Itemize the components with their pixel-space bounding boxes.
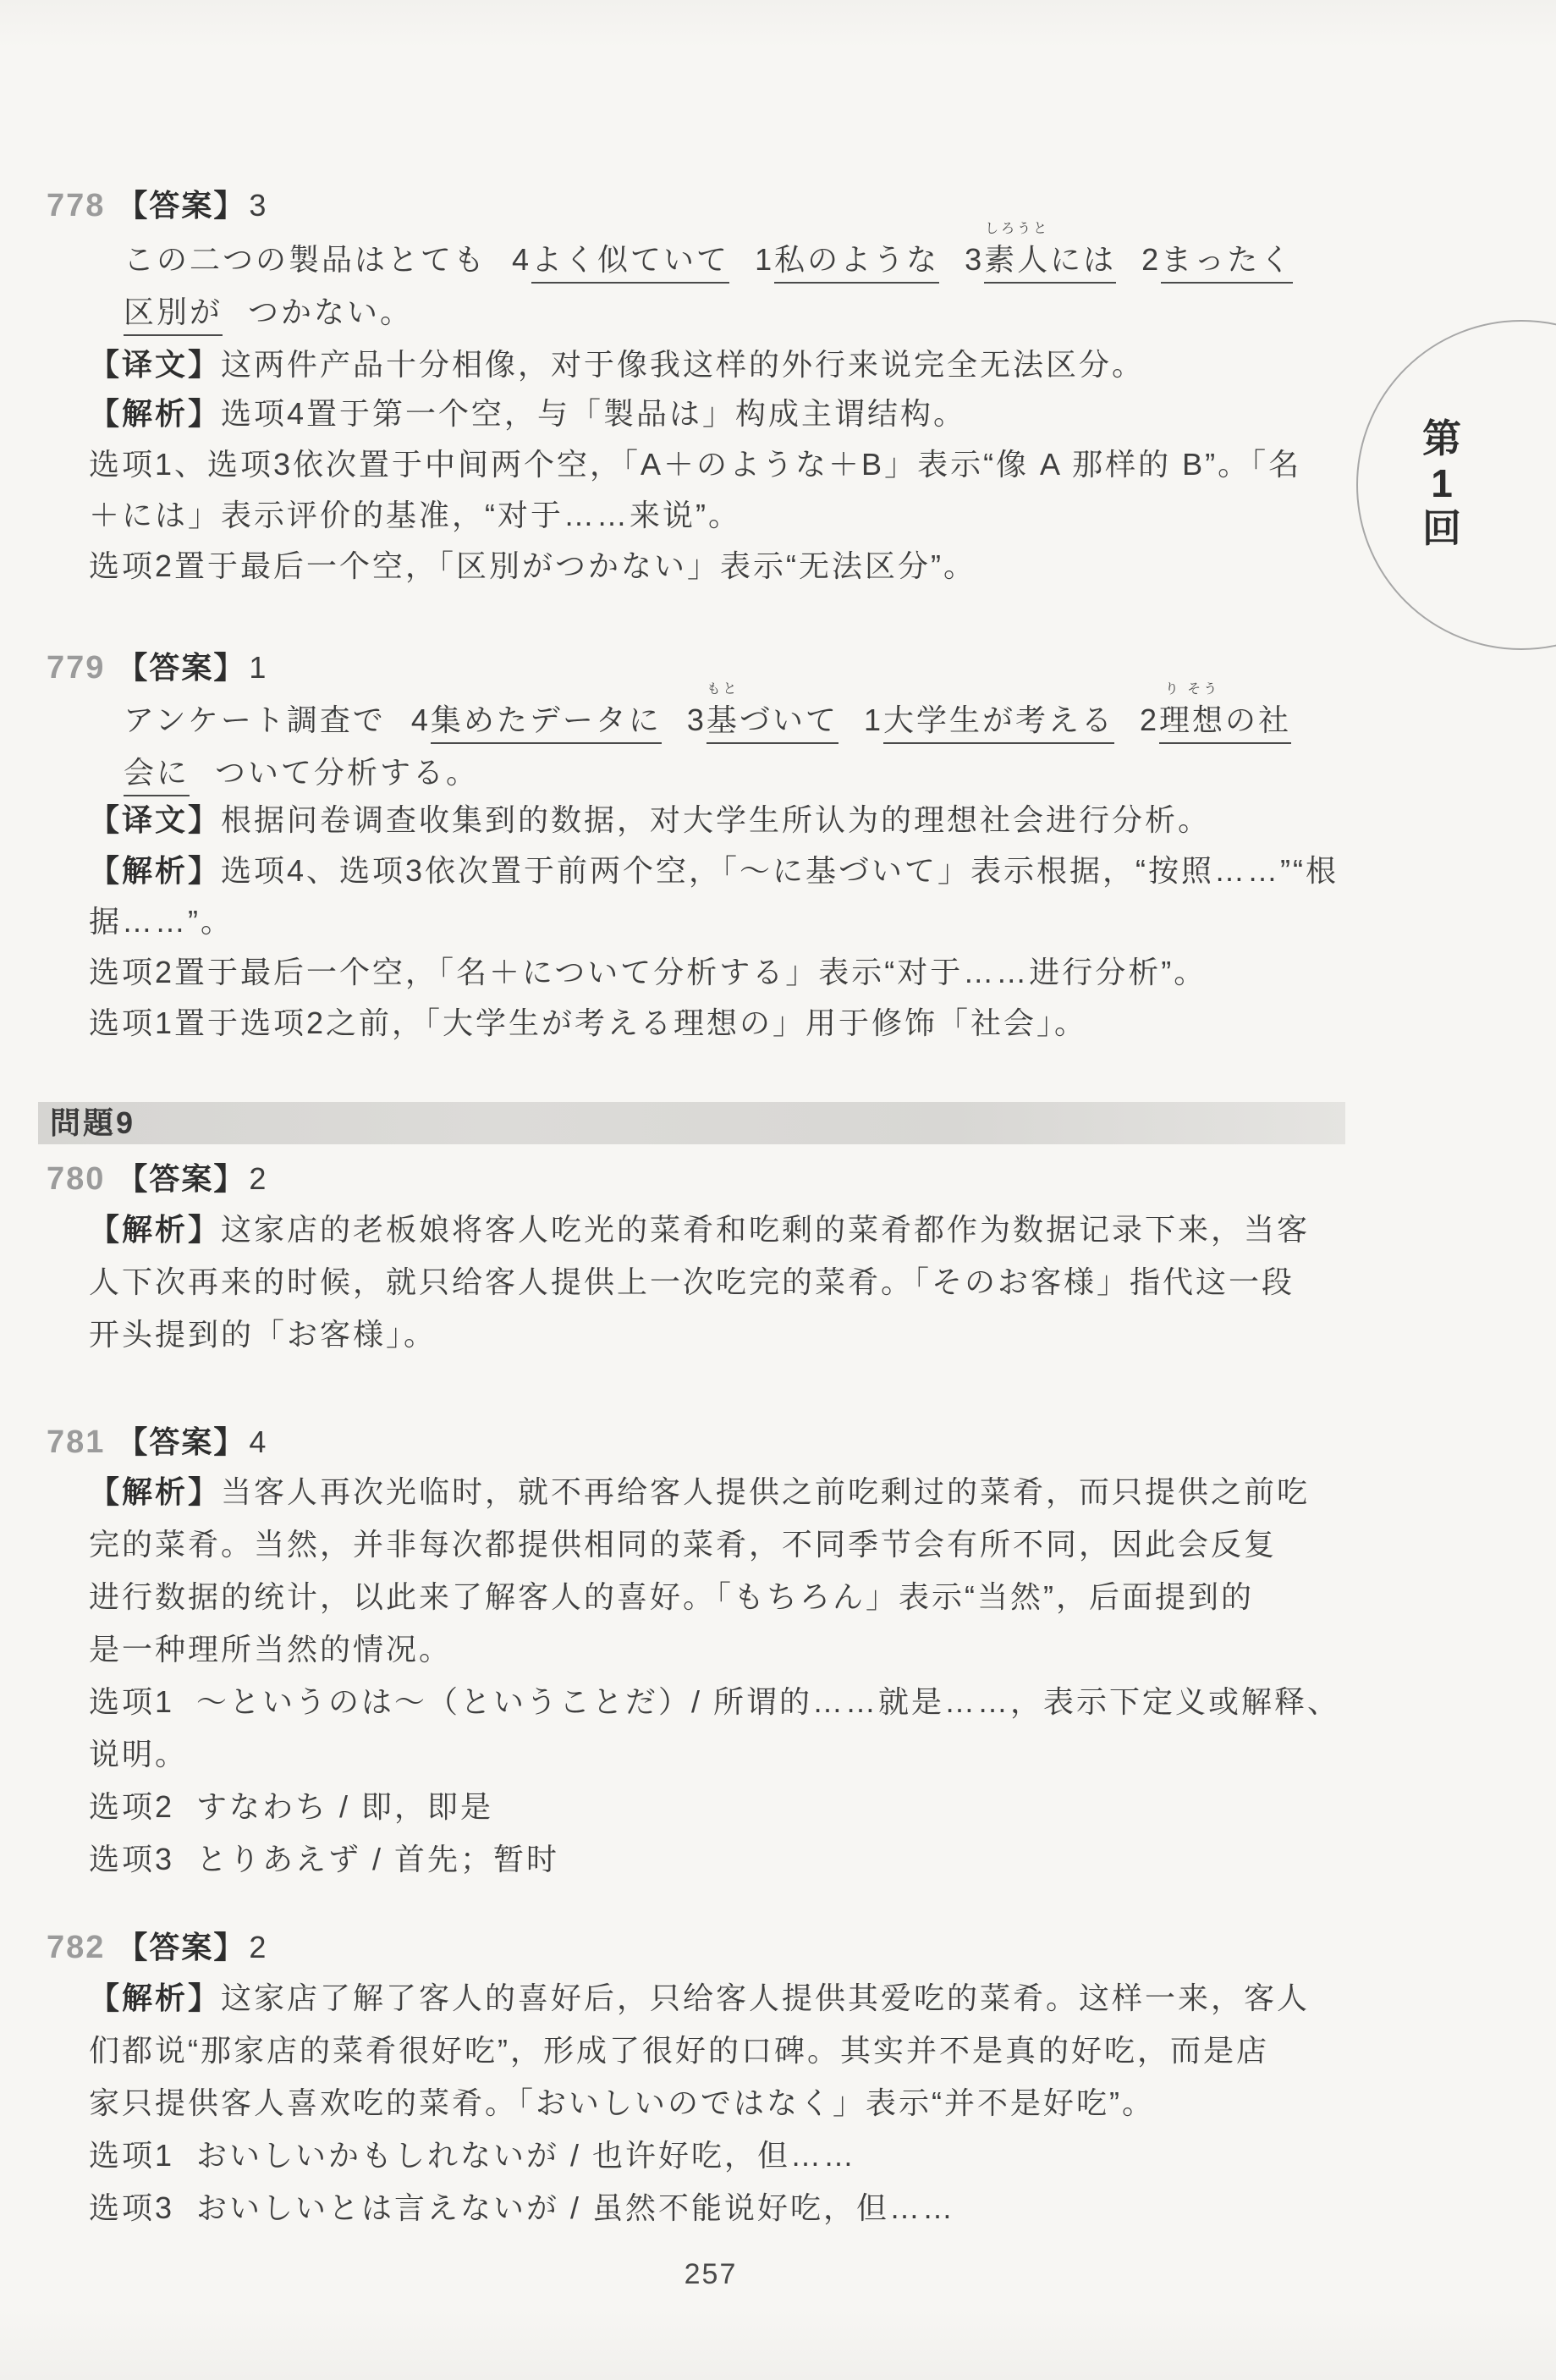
option-text-underlined: 私のような xyxy=(774,242,939,284)
entry-779-translation: 【译文】根据问卷调查收集到的数据，对大学生所认为的理想社会进行分析。 xyxy=(89,802,1211,837)
option-label: 选项3 xyxy=(89,2190,174,2225)
option-number: 4 xyxy=(411,702,431,737)
entry-781-analysis-line2: 完的菜肴。当然，并非每次都提供相同的菜肴，不同季节会有所不同，因此会反复 xyxy=(89,1527,1277,1562)
ruby-group: しろうと素人 xyxy=(984,242,1050,277)
furigana-base: 基 xyxy=(707,702,740,737)
answer-value: 2 xyxy=(249,1161,266,1196)
page-number: 257 xyxy=(0,2258,1421,2291)
text-run: おいしいとは言えないが / 虽然不能说好吃，但…… xyxy=(196,2190,955,2225)
entry-778-analysis-line3: ＋には」表示评价的基准，“对于……来说”。 xyxy=(89,498,741,532)
question-number: 782 xyxy=(47,1930,105,1965)
text-run: ＋には」表示评价的基准，“对于……来说”。 xyxy=(89,498,741,532)
text-run: 根据问卷调查收集到的数据，对大学生所认为的理想社会进行分析。 xyxy=(221,802,1211,837)
furigana-base: 素人 xyxy=(984,242,1050,277)
option-label: 选项2 xyxy=(89,1789,174,1824)
text-run: 选项1置于选项2之前，「大学生が考える理想の」用于修饰「社会」。 xyxy=(89,1005,1087,1040)
answer-value: 2 xyxy=(249,1930,266,1964)
option-label: 选项3 xyxy=(89,1842,174,1876)
question-number: 778 xyxy=(47,188,105,223)
entry-781-analysis-line1: 【解析】当客人再次光临时，就不再给客人提供之前吃剩过的菜肴，而只提供之前吃 xyxy=(89,1474,1310,1509)
option-number: 3 xyxy=(687,702,707,737)
option-number: 1 xyxy=(755,242,774,277)
ruby-group: もと基 xyxy=(707,702,740,737)
entry-779-analysis-line2: 据……”。 xyxy=(89,904,234,939)
option-text-underlined: しろうと素人には xyxy=(984,242,1116,284)
option-text-underlined: 大学生が考える xyxy=(883,702,1114,744)
entry-782-analysis-line1: 【解析】这家店了解了客人的喜好后，只给客人提供其爱吃的菜肴。这样一来，客人 xyxy=(89,1981,1310,2015)
entry-781-answer-line: 781【答案】4 xyxy=(47,1424,266,1462)
text-run: 选项4、选项3依次置于前两个空，「～に基づいて」表示根据，“按照……”“根 xyxy=(221,853,1339,888)
book-page: 第 1 回 778【答案】3 この二つの製品はとても4よく似ていて1私のような3… xyxy=(0,0,1556,2380)
answer-value: 1 xyxy=(249,650,266,685)
text-run: ～というのは～（ということだ）/ 所谓的……就是……，表示下定义或解释、 xyxy=(196,1684,1340,1719)
question-number: 781 xyxy=(47,1424,105,1460)
entry-778-analysis-line4: 选项2置于最后一个空，「区別がつかない」表示“无法区分”。 xyxy=(89,548,976,583)
text-run: 选项1、选项3依次置于中间两个空，「A＋のような＋B」表示“像 A 那样的 B”… xyxy=(89,447,1301,482)
text-run: ついて分析する。 xyxy=(215,755,479,790)
answer-value: 3 xyxy=(249,188,266,223)
text-run: 选项4置于第一个空，与「製品は」构成主谓结构。 xyxy=(221,396,966,431)
translation-label: 【译文】 xyxy=(89,802,221,837)
entry-781-analysis-line4: 是一种理所当然的情况。 xyxy=(89,1632,452,1667)
text-run: 当客人再次光临时，就不再给客人提供之前吃剩过的菜肴，而只提供之前吃 xyxy=(221,1474,1310,1509)
furigana-text: もと xyxy=(707,682,739,697)
entry-780-analysis-line3: 开头提到的「お客様」。 xyxy=(89,1317,437,1352)
option-label: 选项1 xyxy=(89,1684,174,1719)
entry-780-analysis-line1: 【解析】这家店的老板娘将客人吃光的菜肴和吃剩的菜肴都作为数据记录下来，当客 xyxy=(89,1212,1310,1247)
entry-780-answer-line: 780【答案】2 xyxy=(47,1161,266,1198)
entry-781-option1-line2: 说明。 xyxy=(89,1737,188,1771)
text-run: 这两件产品十分相像，对于像我这样的外行来说完全无法区分。 xyxy=(221,347,1145,382)
question-number: 779 xyxy=(47,650,105,686)
entry-779-answer-line: 779【答案】1 xyxy=(47,650,266,687)
option-text-underlined: もと基づいて xyxy=(707,702,838,744)
option-text-underlined: よく似ていて xyxy=(531,242,729,284)
text-run: 人下次再来的时候，就只给客人提供上一次吃完的菜肴。「そのお客様」指代这一段 xyxy=(89,1264,1295,1299)
entry-779-analysis-line4: 选项1置于选项2之前，「大学生が考える理想の」用于修饰「社会」。 xyxy=(89,1005,1087,1040)
side-tab-char-3: 回 xyxy=(1410,506,1474,551)
option-text-underlined: 区別が xyxy=(124,295,223,336)
text-run: アンケート調査で xyxy=(124,702,386,737)
furigana-text: り そう xyxy=(1165,682,1219,697)
entry-782-analysis-line2: 们都说“那家店的菜肴很好吃”，形成了很好的口碑。其实并不是真的好吃，而是店 xyxy=(89,2033,1269,2068)
option-label: 选项1 xyxy=(89,2138,174,2173)
text-run: には xyxy=(1050,242,1116,277)
furigana-base: 理想 xyxy=(1159,702,1225,737)
option-number: 3 xyxy=(965,242,984,277)
side-tab-label: 第 1 回 xyxy=(1410,416,1474,551)
analysis-label: 【解析】 xyxy=(89,1212,221,1247)
text-run: 这家店了解了客人的喜好后，只给客人提供其爱吃的菜肴。这样一来，客人 xyxy=(221,1981,1310,2015)
entry-778-analysis-line1: 【解析】选项4置于第一个空，与「製品は」构成主谓结构。 xyxy=(89,396,966,431)
answer-value: 4 xyxy=(249,1424,266,1459)
text-run: とりあえず / 首先；暂时 xyxy=(196,1842,559,1876)
option-number: 4 xyxy=(512,242,531,277)
section-title: 問題9 xyxy=(38,1102,135,1144)
answer-label: 【答案】 xyxy=(117,650,245,685)
question-number: 780 xyxy=(47,1161,105,1197)
text-run: 选项2置于最后一个空，「区別がつかない」表示“无法区分”。 xyxy=(89,548,976,583)
entry-781-analysis-line3: 进行数据的统计，以此来了解客人的喜好。「もちろん」表示“当然”，后面提到的 xyxy=(89,1579,1254,1614)
entry-778-sentence-line2: 区別がつかない。 xyxy=(124,295,413,329)
ruby-group: り そう理想 xyxy=(1159,702,1225,737)
text-run: 开头提到的「お客様」。 xyxy=(89,1317,437,1352)
text-run: 据……”。 xyxy=(89,904,234,939)
entry-781-option2-line: 选项2すなわち / 即，即是 xyxy=(89,1789,493,1824)
entry-781-option1-line: 选项1～というのは～（ということだ）/ 所谓的……就是……，表示下定义或解释、 xyxy=(89,1684,1340,1719)
option-text-underlined: まったく xyxy=(1161,242,1293,284)
answer-label: 【答案】 xyxy=(117,1930,245,1964)
entry-782-answer-line: 782【答案】2 xyxy=(47,1930,266,1967)
analysis-label: 【解析】 xyxy=(89,853,221,888)
text-run: の社 xyxy=(1225,702,1291,737)
answer-label: 【答案】 xyxy=(117,188,245,223)
option-number: 2 xyxy=(1141,242,1161,277)
analysis-label: 【解析】 xyxy=(89,1981,221,2015)
option-number: 2 xyxy=(1140,702,1159,737)
text-run: この二つの製品はとても xyxy=(124,242,487,277)
entry-779-sentence-line1: アンケート調査で4集めたデータに3もと基づいて1大学生が考える2り そう理想の社 xyxy=(124,702,1291,737)
entry-778-analysis-line2: 选项1、选项3依次置于中间两个空，「A＋のような＋B」表示“像 A 那样的 B”… xyxy=(89,447,1301,482)
text-run: 说明。 xyxy=(89,1737,188,1771)
text-run: すなわち / 即，即是 xyxy=(196,1789,493,1824)
furigana-text: しろうと xyxy=(985,222,1049,237)
text-run: づいて xyxy=(740,702,838,737)
text-run: 家只提供客人喜欢吃的菜肴。「おいしいのではなく」表示“并不是好吃”。 xyxy=(89,2085,1155,2120)
text-run: 选项2置于最后一个空，「名＋について分析する」表示“对于……进行分析”。 xyxy=(89,955,1207,989)
entry-782-option1-line: 选项1おいしいかもしれないが / 也许好吃，但…… xyxy=(89,2138,856,2173)
side-tab-char-1: 第 xyxy=(1410,416,1474,461)
answer-label: 【答案】 xyxy=(117,1161,245,1196)
answer-label: 【答案】 xyxy=(117,1424,245,1459)
entry-782-analysis-line3: 家只提供客人喜欢吃的菜肴。「おいしいのではなく」表示“并不是好吃”。 xyxy=(89,2085,1155,2120)
option-number: 1 xyxy=(864,702,883,737)
text-run: 们都说“那家店的菜肴很好吃”，形成了很好的口碑。其实并不是真的好吃，而是店 xyxy=(89,2033,1269,2068)
option-text-underlined: り そう理想の社 xyxy=(1159,702,1291,744)
entry-780-analysis-line2: 人下次再来的时候，就只给客人提供上一次吃完的菜肴。「そのお客様」指代这一段 xyxy=(89,1264,1295,1299)
entry-778-translation: 【译文】这两件产品十分相像，对于像我这样的外行来说完全无法区分。 xyxy=(89,347,1145,382)
analysis-label: 【解析】 xyxy=(89,1474,221,1509)
entry-779-sentence-line2: 会について分析する。 xyxy=(124,755,479,790)
text-run: 这家店的老板娘将客人吃光的菜肴和吃剩的菜肴都作为数据记录下来，当客 xyxy=(221,1212,1310,1247)
entry-781-option3-line: 选项3とりあえず / 首先；暂时 xyxy=(89,1842,559,1876)
text-run: 完的菜肴。当然，并非每次都提供相同的菜肴，不同季节会有所不同，因此会反复 xyxy=(89,1527,1277,1562)
option-text-underlined: 集めたデータに xyxy=(431,702,662,744)
entry-778-sentence-line1: この二つの製品はとても4よく似ていて1私のような3しろうと素人には2まったく xyxy=(124,242,1293,277)
entry-782-option3-line: 选项3おいしいとは言えないが / 虽然不能说好吃，但…… xyxy=(89,2190,955,2225)
entry-779-analysis-line3: 选项2置于最后一个空，「名＋について分析する」表示“对于……进行分析”。 xyxy=(89,955,1207,989)
side-tab-char-2: 1 xyxy=(1410,461,1474,506)
entry-778-answer-line: 778【答案】3 xyxy=(47,188,266,225)
option-text-underlined: 会に xyxy=(124,755,190,796)
text-run: 是一种理所当然的情况。 xyxy=(89,1632,452,1667)
entry-779-analysis-line1: 【解析】选项4、选项3依次置于前两个空，「～に基づいて」表示根据，“按照……”“… xyxy=(89,853,1339,888)
text-run: つかない。 xyxy=(248,295,413,329)
translation-label: 【译文】 xyxy=(89,347,221,382)
analysis-label: 【解析】 xyxy=(89,396,221,431)
section-header-bar: 問題9 xyxy=(38,1102,1345,1144)
text-run: 进行数据的统计，以此来了解客人的喜好。「もちろん」表示“当然”，后面提到的 xyxy=(89,1579,1254,1614)
text-run: おいしいかもしれないが / 也许好吃，但…… xyxy=(196,2138,856,2173)
